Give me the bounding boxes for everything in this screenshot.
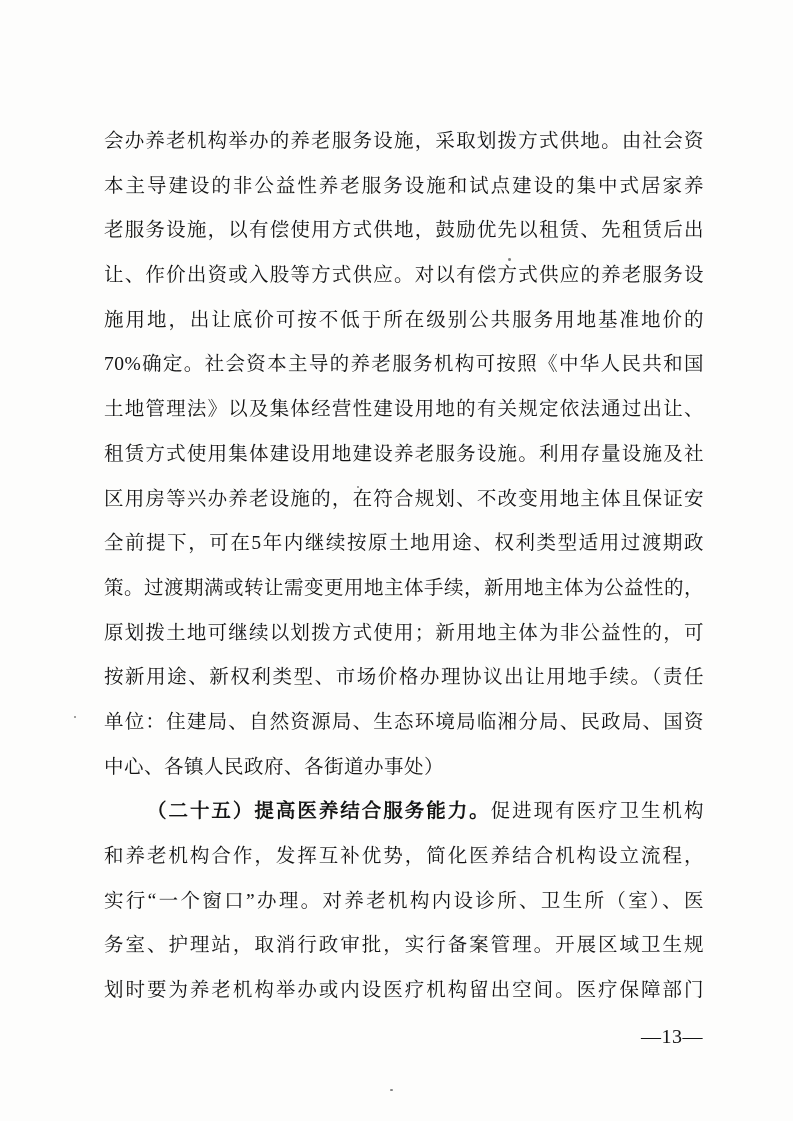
paragraph-line: 按新用途、新权利类型、市场价格办理协议出让用地手续。（责任 — [104, 656, 704, 701]
paragraph-line: 全前提下，可在5年内继续按原土地用途、权利类型适用过渡期政 — [104, 522, 704, 567]
paragraph-line: 务室、护理站，取消行政审批，实行备案管理。开展区域卫生规 — [104, 924, 704, 969]
document-body: 会办养老机构举办的养老服务设施，采取划拨方式供地。由社会资 本主导建设的非公益性… — [104, 120, 704, 1014]
paragraph-line: 老服务设施，以有偿使用方式供地，鼓励优先以租赁、先租赁后出 — [104, 209, 704, 254]
paragraph-line: 原划拨土地可继续以划拨方式使用；新用地主体为非公益性的，可 — [104, 612, 704, 657]
paragraph-line: 区用房等兴办养老设施的，在符合规划、不改变用地主体且保证安 — [104, 478, 704, 523]
paragraph-line: 70%确定。社会资本主导的养老服务机构可按照《中华人民共和国 — [104, 343, 704, 388]
paragraph-line: 和养老机构合作，发挥互补优势，简化医养结合机构设立流程， — [104, 835, 704, 880]
document-page: 会办养老机构举办的养老服务设施，采取划拨方式供地。由社会资 本主导建设的非公益性… — [0, 0, 793, 1121]
scan-speck — [508, 258, 511, 261]
scan-speck — [357, 486, 359, 488]
paragraph-line: 策。过渡期满或转让需变更用地主体手续，新用地主体为公益性的， — [104, 567, 704, 612]
section-heading-line: （二十五）提高医养结合服务能力。促进现有医疗卫生机构 — [104, 790, 704, 835]
paragraph-line: 促进现有医疗卫生机构 — [491, 801, 704, 822]
section-heading: （二十五）提高医养结合服务能力。 — [147, 801, 491, 822]
paragraph-line: 土地管理法》以及集体经营性建设用地的有关规定依法通过出让、 — [104, 388, 704, 433]
scan-speck — [390, 1089, 393, 1091]
paragraph-line: 中心、各镇人民政府、各街道办事处） — [104, 746, 704, 791]
paragraph-line: 施用地，出让底价可按不低于所在级别公共服务用地基准地价的 — [104, 299, 704, 344]
paragraph-line: 租赁方式使用集体建设用地建设养老服务设施。利用存量设施及社 — [104, 433, 704, 478]
paragraph-line: 单位：住建局、自然资源局、生态环境局临湘分局、民政局、国资 — [104, 701, 704, 746]
paragraph-line: 本主导建设的非公益性养老服务设施和试点建设的集中式居家养 — [104, 165, 704, 210]
scan-speck — [74, 716, 76, 718]
page-number: —13— — [630, 1022, 714, 1052]
paragraph-line: 会办养老机构举办的养老服务设施，采取划拨方式供地。由社会资 — [104, 120, 704, 165]
paragraph-line: 实行“一个窗口”办理。对养老机构内设诊所、卫生所（室）、医 — [104, 880, 704, 925]
paragraph-line: 划时要为养老机构举办或内设医疗机构留出空间。医疗保障部门 — [104, 969, 704, 1014]
paragraph-line: 让、作价出资或入股等方式供应。对以有偿方式供应的养老服务设 — [104, 254, 704, 299]
